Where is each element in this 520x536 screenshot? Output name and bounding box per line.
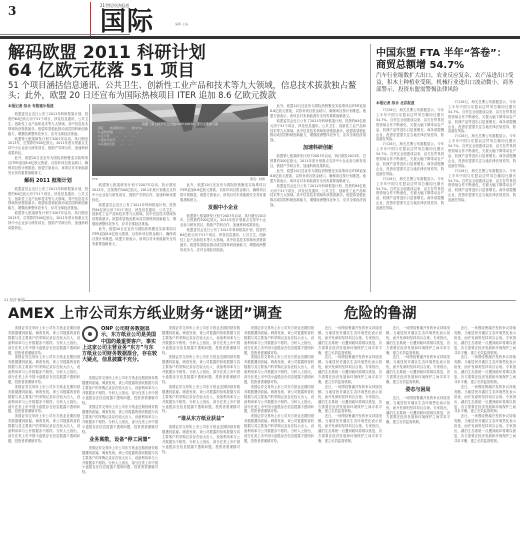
column-rule: [89, 104, 90, 292]
pull-quote-bullet-icon: [82, 326, 98, 342]
amex-subhead-2: “谁从东方纸业获益”: [162, 417, 240, 422]
lake-text-7: 近日，一场围绕鲁湖开发的争议持续发酵。当地居民对湖区生态环境恶化表示担忧，而开发…: [386, 396, 450, 425]
amex-column-1: 美国证券交易所上市公司东方纸业近期因财务数据遭到质疑。调查发现，该公司披露的营收…: [8, 326, 80, 534]
lake-subhead-1: 姿态与困局: [386, 388, 450, 393]
photo-credit: 图表：制图: [250, 177, 265, 181]
lead-col3-text-2: 欧盟第七框架研发计划于2007年启动，执行期至2013年，总预算约500亿欧元。…: [180, 214, 266, 229]
lead-col3-text: 此外，欧盟20日还宣布为国际热核聚变实验堆项目ITER追加8.6亿欧元拨款，以弥…: [180, 183, 266, 203]
amex-text-2: 美国证券交易所上市公司东方纸业近期因财务数据遭到质疑。调查发现，该公司披露的营收…: [8, 355, 80, 384]
side-subheadline: 汽车行业缩数扩大出口，农业反应复杂，农产品进出口受益，积木土种植业受阻，机械行业…: [376, 73, 518, 94]
amex-text-8: 美国证券交易所上市公司东方纸业近期因财务数据遭到质疑。调查发现，该公司披露的营收…: [162, 326, 240, 355]
lead-col4-text-3: 欧盟第七框架研发计划于2007年启动，执行期至2013年，总预算约500亿欧元。…: [270, 154, 366, 169]
side-headline-line1: 中国东盟 FTA 半年“答卷”：: [376, 48, 518, 60]
lead-col1-text-2: 欧盟第七框架研发计划于2007年启动，执行期至2013年，总预算约500亿欧元。…: [8, 137, 88, 157]
lead-col4-text-5: 欧盟委员会近日公布了2011年科研框架计划，投资约64亿欧元用于51个项目，涉及…: [270, 184, 366, 209]
amex-column-4: 美国证券交易所上市公司东方纸业近期因财务数据遭到质疑。调查发现，该公司披露的营收…: [244, 326, 314, 534]
amex-pull-quote: ONP 公司财务数据显示，东方纸业公司是美国中国的最重要客户，事实上这家公司主营…: [82, 326, 158, 378]
lead-col2-text-2: 欧盟委员会近日公布了2011年科研框架计划，投资约64亿欧元用于51个项目，涉及…: [92, 203, 176, 228]
amex-text-7: 美国证券交易所上市公司东方纸业近期因财务数据遭到质疑。调查发现，该公司披露的营收…: [82, 446, 158, 475]
side-text: 7月26日，海关总署公布数据显示，今年上半年中国与东盟双边贸易总额同比增长54.…: [376, 108, 444, 142]
amex-column-3: 美国证券交易所上市公司东方纸业近期因财务数据遭到质疑。调查发现，该公司披露的营收…: [162, 326, 240, 534]
side-text-3: 7月26日，海关总署公布数据显示，今年上半年中国与东盟双边贸易总额同比增长54.…: [376, 177, 444, 211]
lead-subhead-1: 解码 2011 框架计划: [8, 179, 88, 184]
amex-text-5: 美国证券交易所上市公司东方纸业近期因财务数据遭到质疑。调查发现，该公司披露的营收…: [82, 376, 158, 405]
side-headline-line2: 商贸总额增 54.7%: [376, 60, 518, 72]
lead-col1-text-5: 欧盟第七框架研发计划于2007年启动，执行期至2013年，总预算约500亿欧元。…: [8, 211, 88, 231]
side-column-1: 7月26日，海关总署公布数据显示，今年上半年中国与东盟双边贸易总额同比增长54.…: [376, 108, 444, 292]
section-footer-label: 21 经济·新闻: [4, 298, 25, 303]
amex-text: 美国证券交易所上市公司东方纸业近期因财务数据遭到质疑。调查发现，该公司披露的营收…: [8, 326, 80, 355]
lead-subhead-2: 发掘中小企业: [180, 206, 266, 211]
side-column-2: 7月26日，海关总署公布数据显示，今年上半年中国与东盟双边贸易总额同比增长54.…: [448, 100, 516, 292]
photo-inset-table: 欧盟《第七框架研发计划(2007-2013)》部分主要参与国 国家 申请额(欧元…: [92, 122, 268, 156]
side-text-2: 7月26日，海关总署公布数据显示，今年上半年中国与东盟双边贸易总额同比增长54.…: [376, 142, 444, 176]
cell: ...: [121, 142, 124, 146]
lake-text-9: 近日，一场围绕鲁湖开发的争议持续发酵。当地居民对湖区生态环境恶化表示担忧，而开发…: [454, 355, 516, 384]
lead-col4-text: 此外，欧盟20日还宣布为国际热核聚变实验堆项目ITER追加8.6亿欧元拨款，以弥…: [270, 104, 366, 119]
lead-col2-text: 欧盟第七框架研发计划于2007年启动，执行期至2013年，总预算约500亿欧元。…: [92, 183, 176, 203]
amex-subhead-1: 业务离散，设备“停工闲置”: [82, 438, 158, 443]
page-number: 3: [8, 4, 16, 18]
amex-text-3: 美国证券交易所上市公司东方纸业近期因财务数据遭到质疑。调查发现，该公司披露的营收…: [8, 385, 80, 414]
amex-text-15: 美国证券交易所上市公司东方纸业近期因财务数据遭到质疑。调查发现，该公司披露的营收…: [244, 414, 314, 443]
lake-column-1: 近日，一场围绕鲁湖开发的争议持续发酵。当地居民对湖区生态环境恶化表示担忧，而开发…: [318, 326, 382, 534]
lead-col1-text-4: 欧盟委员会近日公布了2011年科研框架计划，投资约64亿欧元用于51个项目，涉及…: [8, 187, 88, 212]
cell: ...: [119, 130, 122, 134]
photo-caption: CFP: [92, 177, 98, 181]
side-headline: 中国东盟 FTA 半年“答卷”： 商贸总额增 54.7%: [376, 48, 518, 71]
lead-byline: 本报记者 综合 布鲁塞尔报道: [8, 104, 54, 109]
lead-headline-line2: 64 亿欧元花落 51 项目: [8, 62, 206, 80]
lead-col3-text-3: 欧盟委员会近日公布了2011年科研框架计划，投资约64亿欧元用于51个项目，涉及…: [180, 228, 266, 253]
lead-col2-text-3: 此外，欧盟20日还宣布为国际热核聚变实验堆项目ITER追加8.6亿欧元拨款，以弥…: [92, 227, 176, 247]
lead-column-3: 此外，欧盟20日还宣布为国际热核聚变实验堆项目ITER追加8.6亿欧元拨款，以弥…: [180, 183, 266, 291]
amex-text-10: 美国证券交易所上市公司东方纸业近期因财务数据遭到质疑。调查发现，该公司披露的营收…: [162, 385, 240, 414]
lake-text-6: 近日，一场围绕鲁湖开发的争议持续发酵。当地居民对湖区生态环境恶化表示担忧，而开发…: [386, 355, 450, 384]
lead-column-2: 欧盟第七框架研发计划于2007年启动，执行期至2013年，总预算约500亿欧元。…: [92, 183, 176, 291]
lake-column-2: 近日，一场围绕鲁湖开发的争议持续发酵。当地居民对湖区生态环境恶化表示担忧，而开发…: [386, 326, 450, 534]
lead-column-4: 此外，欧盟20日还宣布为国际热核聚变实验堆项目ITER追加8.6亿欧元拨款，以弥…: [270, 104, 366, 292]
masthead-rule: [0, 36, 520, 39]
section-divider: [24, 300, 516, 301]
inset-table-row: 4.其他成员国 ... ...: [92, 142, 268, 146]
cell: ...: [127, 130, 130, 134]
side-byline: 本报记者 综合 北京报道: [376, 101, 414, 106]
masthead-thin-rule: [0, 34, 130, 35]
lake-text-10: 近日，一场围绕鲁湖开发的争议持续发酵。当地居民对湖区生态环境恶化表示担忧，而开发…: [454, 385, 516, 414]
lead-col4-text-2: 欧盟委员会近日公布了2011年科研框架计划，投资约64亿欧元用于51个项目，涉及…: [270, 119, 366, 144]
amex-column-2: 美国证券交易所上市公司东方纸业近期因财务数据遭到质疑。调查发现，该公司披露的营收…: [82, 376, 158, 534]
lead-subheadline: 51 个项目涵括信息通讯、公共卫生、创新性工业产品和技术等九大领域，信息技术拔款…: [8, 80, 370, 100]
editor-line: 编辑 主编: [175, 22, 188, 26]
lake-text-5: 近日，一场围绕鲁湖开发的争议持续发酵。当地居民对湖区生态环境恶化表示担忧，而开发…: [386, 326, 450, 355]
masthead-divider: [90, 2, 91, 36]
cell: 4.其他成员国: [98, 142, 115, 146]
lead-column-1: 欧盟委员会近日公布了2011年科研框架计划，投资约64亿欧元用于51个项目，涉及…: [8, 112, 88, 294]
side-text-5: 7月26日，海关总署公布数据显示，今年上半年中国与东盟双边贸易总额同比增长54.…: [448, 134, 516, 168]
cell: ...: [136, 130, 139, 134]
amex-text-9: 美国证券交易所上市公司东方纸业近期因财务数据遭到质疑。调查发现，该公司披露的营收…: [162, 355, 240, 384]
amex-text-6: 美国证券交易所上市公司东方纸业近期因财务数据遭到质疑。调查发现，该公司披露的营收…: [82, 405, 158, 434]
lake-text-8: 近日，一场围绕鲁湖开发的争议持续发酵。当地居民对湖区生态环境恶化表示担忧，而开发…: [454, 326, 516, 355]
amex-text-4: 美国证券交易所上市公司东方纸业近期因财务数据遭到质疑。调查发现，该公司披露的营收…: [8, 414, 80, 443]
section-title: 国际: [100, 8, 154, 36]
lead-headline-line1: 解码欧盟 2011 科研计划: [8, 44, 206, 62]
amex-text-14: 美国证券交易所上市公司东方纸业近期因财务数据遭到质疑。调查发现，该公司披露的营收…: [244, 385, 314, 414]
lead-col1-text-3: 此外，欧盟20日还宣布为国际热核聚变实验堆项目ITER追加8.6亿欧元拨款，以弥…: [8, 156, 88, 176]
side-text-4: 7月26日，海关总署公布数据显示，今年上半年中国与东盟双边贸易总额同比增长54.…: [448, 100, 516, 134]
amex-text-12: 美国证券交易所上市公司东方纸业近期因财务数据遭到质疑。调查发现，该公司披露的营收…: [244, 326, 314, 355]
lake-text-11: 近日，一场围绕鲁湖开发的争议持续发酵。当地居民对湖区生态环境恶化表示担忧，而开发…: [454, 414, 516, 443]
amex-headline: AMEX 上市公司东方纸业财务“谜团”调查: [8, 306, 282, 322]
lake-text: 近日，一场围绕鲁湖开发的争议持续发酵。当地居民对湖区生态环境恶化表示担忧，而开发…: [318, 326, 382, 355]
amex-text-11: 美国证券交易所上市公司东方纸业近期因财务数据遭到质疑。调查发现，该公司披露的营收…: [162, 425, 240, 454]
lead-col1-text: 欧盟委员会近日公布了2011年科研框架计划，投资约64亿欧元用于51个项目，涉及…: [8, 112, 88, 137]
lake-text-4: 近日，一场围绕鲁湖开发的争议持续发酵。当地居民对湖区生态环境恶化表示担忧，而开发…: [318, 414, 382, 443]
cell: ...: [129, 142, 132, 146]
column-rule: [370, 44, 371, 292]
lake-text-2: 近日，一场围绕鲁湖开发的争议持续发酵。当地居民对湖区生态环境恶化表示担忧，而开发…: [318, 355, 382, 384]
lead-headline: 解码欧盟 2011 科研计划 64 亿欧元花落 51 项目: [8, 44, 206, 80]
lead-subhead-3: 加速科研创新: [270, 146, 366, 151]
lake-column-3: 近日，一场围绕鲁湖开发的争议持续发酵。当地居民对湖区生态环境恶化表示担忧，而开发…: [454, 326, 516, 534]
side-text-6: 7月26日，海关总署公布数据显示，今年上半年中国与东盟双边贸易总额同比增长54.…: [448, 169, 516, 203]
lake-text-3: 近日，一场围绕鲁湖开发的争议持续发酵。当地居民对湖区生态环境恶化表示担忧，而开发…: [318, 385, 382, 414]
lead-col4-text-4: 此外，欧盟20日还宣布为国际热核聚变实验堆项目ITER追加8.6亿欧元拨款，以弥…: [270, 169, 366, 184]
lake-headline: 危险的鲁湖: [344, 306, 417, 322]
amex-text-13: 美国证券交易所上市公司东方纸业近期因财务数据遭到质疑。调查发现，该公司披露的营收…: [244, 355, 314, 384]
